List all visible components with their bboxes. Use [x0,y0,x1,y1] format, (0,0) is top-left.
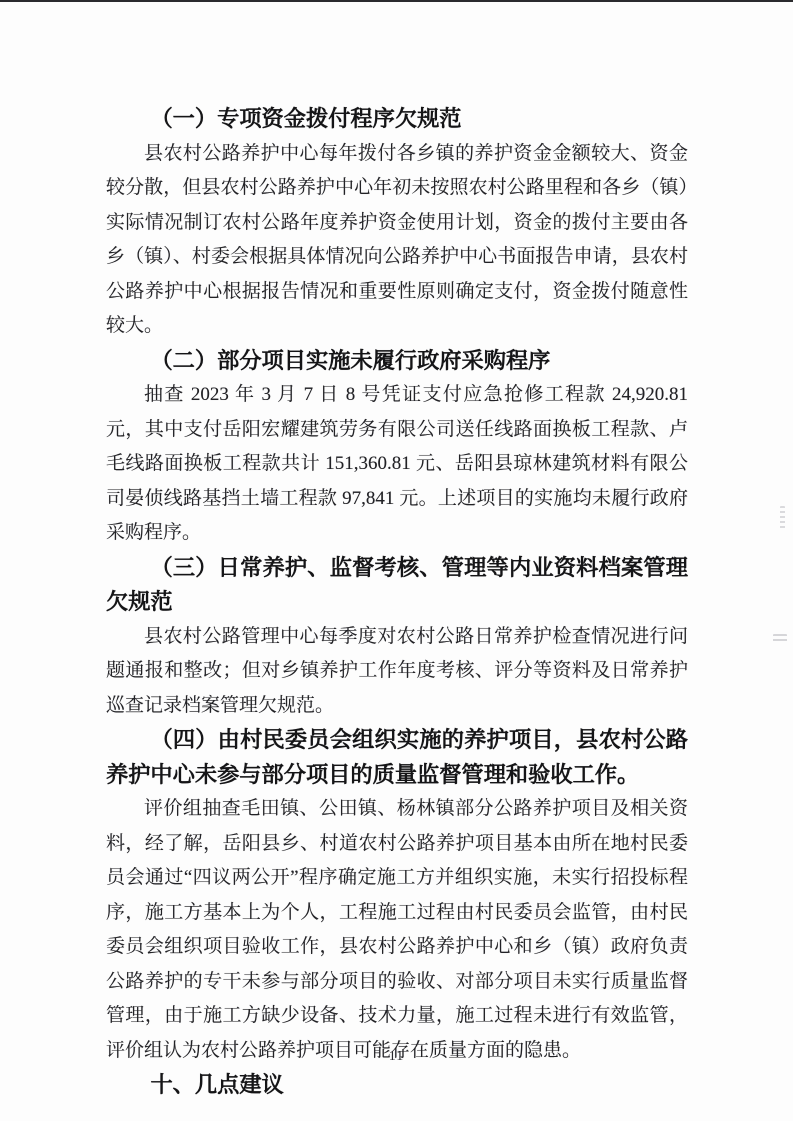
scan-edge-line [0,0,793,2]
section-4-paragraph: 评价组抽查毛田镇、公田镇、杨林镇部分公路养护项目及相关资料，经了解，岳阳县乡、村… [106,792,688,1068]
section-heading-2: （二）部分项目实施未履行政府采购程序 [106,344,688,379]
section-1-paragraph: 县农村公路养护中心每年拨付各乡镇的养护资金金额较大、资金较分散，但县农村公路养护… [106,137,688,344]
page-content: （一）专项资金拨付程序欠规范 县农村公路养护中心每年拨付各乡镇的养护资金金额较大… [106,102,688,1103]
section-heading-1: （一）专项资金拨付程序欠规范 [106,102,688,137]
section-heading-4: （四）由村民委员会组织实施的养护项目，县农村公路养护中心未参与部分项目的质量监督… [106,723,688,792]
document-page: （一）专项资金拨付程序欠规范 县农村公路养护中心每年拨付各乡镇的养护资金金额较大… [0,0,793,1121]
section-3-paragraph: 县农村公路管理中心每季度对农村公路日常养护检查情况进行问题通报和整改；但对乡镇养… [106,620,688,724]
page-number: 11 [0,1049,793,1065]
section-heading-3: （三）日常养护、监督考核、管理等内业资料档案管理欠规范 [106,551,688,620]
scan-artifact-1 [780,506,785,529]
chapter-heading-ten: 十、几点建议 [106,1068,688,1103]
scan-artifact-2 [773,634,787,643]
section-2-paragraph: 抽查 2023 年 3 月 7 日 8 号凭证支付应急抢修工程款 24,920.… [106,378,688,551]
